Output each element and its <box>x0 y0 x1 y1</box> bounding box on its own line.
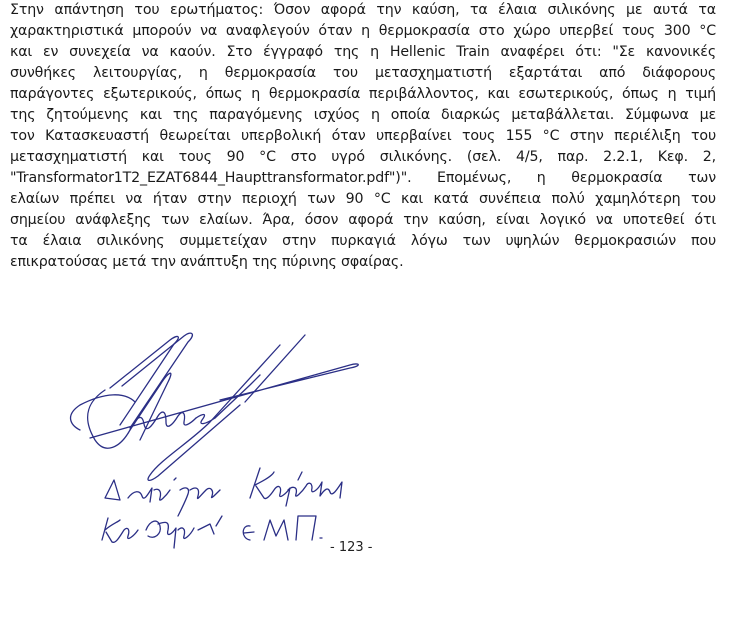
paragraph-line-2: χαρακτηριστικά μπορούν να αναφλεγούν ότα… <box>10 21 716 42</box>
paragraph-line-8: μετασχηματιστή και τους 90 °C στο υγρό σ… <box>10 147 716 168</box>
paragraph-line-10: ελαίων πρέπει να ήταν στην περιοχή των 9… <box>10 189 716 210</box>
paragraph-line-3: και εν συνεχεία να καούν. Στο έγγραφό τη… <box>10 42 716 63</box>
paragraph-line-9: "Transformator1T2_EZAT6844_Haupttransfor… <box>10 168 716 189</box>
paragraph-line-12: τα έλαια σιλικόνης συμμετείχαν στην πυρκ… <box>10 231 716 252</box>
signature-icon <box>50 330 410 550</box>
document-page: Στην απάντηση του ερωτήματος: Όσον αφορά… <box>0 0 731 629</box>
paragraph-line-13: επικρατούσας μετά την ανάπτυξη της πύριν… <box>10 252 716 273</box>
handwritten-signature <box>50 330 410 550</box>
paragraph-line-7: τον Κατασκευαστή θεωρείται υπερβολική ότ… <box>10 126 716 147</box>
page-number: - 123 - <box>330 540 372 555</box>
paragraph-line-5: παράγοντες εξωτερικούς, όπως η θερμοκρασ… <box>10 84 716 105</box>
paragraph-line-4: συνθήκες λειτουργίας, η θερμοκρασία του … <box>10 63 716 84</box>
paragraph-line-11: σημείου ανάφλεξης των ελαίων. Άρα, όσον … <box>10 210 716 231</box>
paragraph-line-1: Στην απάντηση του ερωτήματος: Όσον αφορά… <box>10 0 716 21</box>
paragraph-line-6: της ζητούμενης και της παραγόμενης ισχύο… <box>10 105 716 126</box>
